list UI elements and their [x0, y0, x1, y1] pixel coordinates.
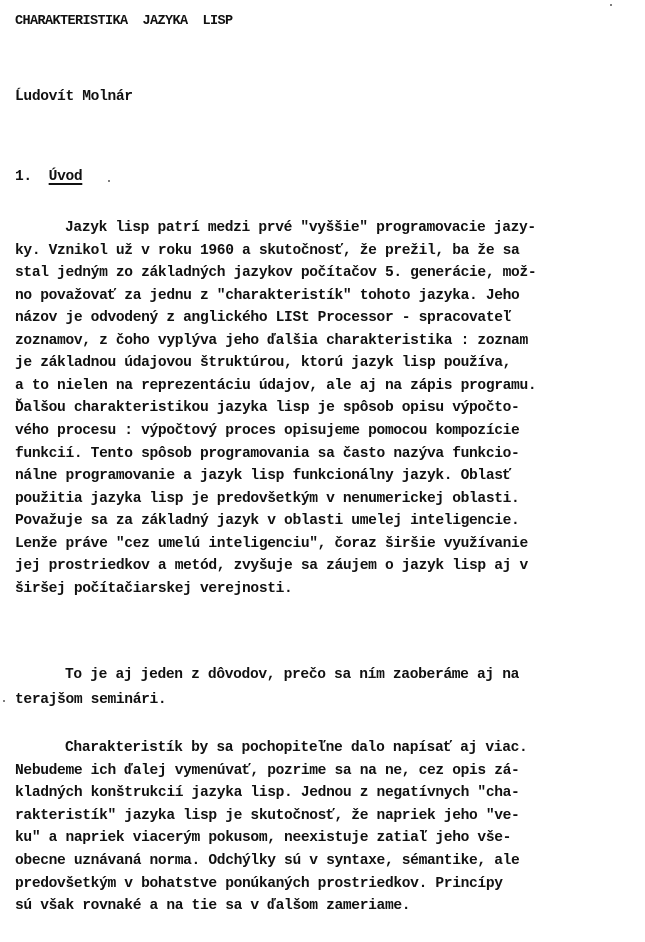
text-line: ky. Vznikol už v roku 1960 a skutočnosť,…	[15, 242, 519, 260]
document-title: CHARAKTERISTIKA JAZYKA LISP	[15, 13, 233, 31]
text-line: rakteristík" jazyka lisp je skutočnosť, …	[15, 807, 519, 825]
text-line: Lenže práve "cez umelú inteligenciu", čo…	[15, 535, 528, 553]
text-line: predovšetkým v bohatstve ponúkaných pros…	[15, 875, 503, 893]
text-line: kladných konštrukcií jazyka lisp. Jednou…	[15, 784, 519, 802]
section-heading: 1. Úvod	[15, 168, 82, 186]
text-line: Považuje sa za základný jazyk v oblasti …	[15, 512, 519, 530]
text-line: Ďalšou charakteristikou jazyka lisp je s…	[15, 399, 519, 417]
text-line: obecne uznávaná norma. Odchýlky sú v syn…	[15, 852, 519, 870]
text-line: vého procesu : výpočtový proces opisujem…	[15, 422, 519, 440]
text-line: funkcií. Tento spôsob programovania sa č…	[15, 445, 519, 463]
text-line: ku" a napriek viacerým pokusom, neexistu…	[15, 829, 511, 847]
text-line: zoznamov, z čoho vyplýva jeho ďalšia cha…	[15, 332, 528, 350]
text-line: Charakteristík by sa pochopiteľne dalo n…	[65, 739, 527, 757]
scan-speck	[3, 700, 5, 702]
scan-speck	[610, 4, 612, 6]
text-line: je základnou údajovou štruktúrou, ktorú …	[15, 354, 511, 372]
text-line: Jazyk lisp patrí medzi prvé "vyššie" pro…	[65, 219, 536, 237]
section-title: Úvod	[49, 169, 83, 185]
text-line: stal jedným zo základných jazykov počíta…	[15, 264, 536, 282]
text-line: sú však rovnaké a na tie sa v ďalšom zam…	[15, 897, 410, 915]
text-line: Nebudeme ich ďalej vymenúvať, pozrime sa…	[15, 762, 519, 780]
text-line: názov je odvodený z anglického LISt Proc…	[15, 309, 511, 327]
scan-speck	[108, 180, 110, 182]
text-line: jej prostriedkov a metód, zvyšuje sa záu…	[15, 557, 528, 575]
text-line: a to nielen na reprezentáciu údajov, ale…	[15, 377, 536, 395]
document-page: CHARAKTERISTIKA JAZYKA LISP Ĺudovít Moln…	[0, 0, 645, 942]
author-name: Ĺudovít Molnár	[15, 88, 133, 106]
text-line: nálne programovanie a jazyk lisp funkcio…	[15, 467, 511, 485]
text-line: no považovať za jednu z "charakteristík"…	[15, 287, 519, 305]
text-line: širšej počítačiarskej verejnosti.	[15, 580, 292, 598]
text-line: To je aj jeden z dôvodov, prečo sa ním z…	[65, 666, 519, 684]
text-line: terajšom seminári.	[15, 691, 166, 709]
text-line: použitia jazyka lisp je predovšetkým v n…	[15, 490, 519, 508]
section-number: 1.	[15, 169, 32, 185]
